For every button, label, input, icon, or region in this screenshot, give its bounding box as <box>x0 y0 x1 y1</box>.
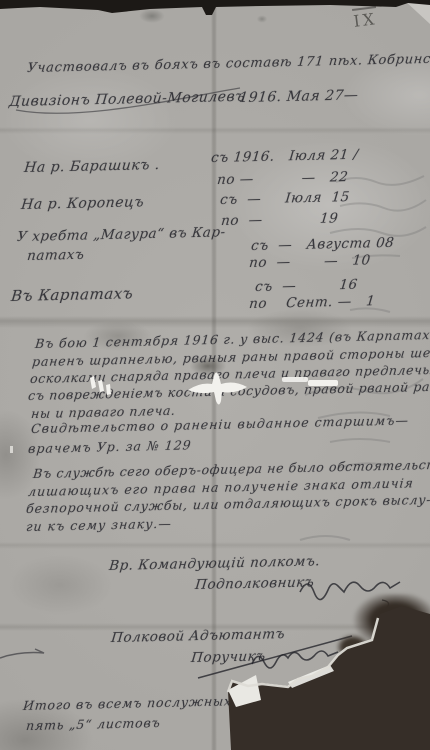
entry-date-to: по — 19 <box>220 210 339 229</box>
entry-date-from: съ — Августа 08 <box>250 235 395 254</box>
entry-date-to: по Сент. — 1 <box>248 293 376 312</box>
entry-date-from: съ — 16 <box>254 277 358 295</box>
commander-rank: Подполковникъ <box>194 574 315 593</box>
archival-document-photo: IX Участвовалъ въ бояхъ въ составѣ 171 п… <box>0 0 430 750</box>
pencil-mark-ix: IX <box>352 6 378 31</box>
entry-date-to: по — — 10 <box>248 252 371 271</box>
entry-place: На р. Коропецъ <box>20 194 145 213</box>
entry-date-from: съ — Іюля 15 <box>219 189 350 208</box>
header-date: 1916. Мая 27— <box>238 87 359 106</box>
entry-date-from: съ 1916. Іюля 21 / <box>210 147 359 166</box>
entry-place: Въ Карпатахъ <box>10 284 134 305</box>
entry-place: патахъ <box>26 247 85 264</box>
entry-place: На р. Барашикъ . <box>23 157 160 176</box>
entry-date-to: по — — 22 <box>216 169 349 188</box>
footer-line2: пять „5“ листовъ <box>25 715 161 733</box>
adjutant-rank: Поручикъ <box>190 648 266 666</box>
